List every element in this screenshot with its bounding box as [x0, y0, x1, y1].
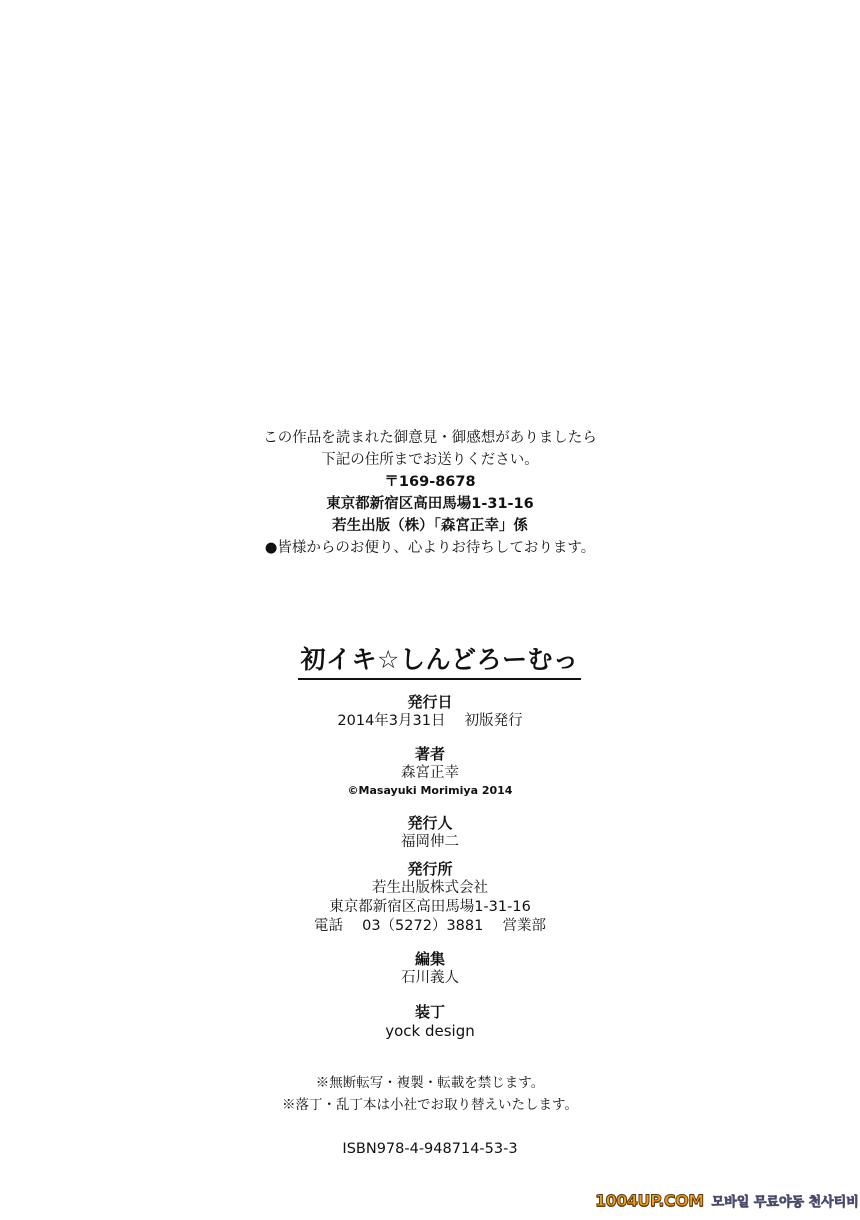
book-title: 初イキ☆しんどろーむっ — [301, 645, 579, 674]
title-underline — [298, 678, 581, 680]
mail-recipient: 若生出版（株）「森宮正幸」係 — [0, 515, 860, 537]
postal-code: 〒169-8678 — [0, 471, 860, 493]
section-publisher: 発行所 若生出版株式会社 東京都新宿区高田馬場1-31-16 電話 03（527… — [0, 860, 860, 936]
editor-value: 石川義人 — [0, 969, 860, 988]
author-copyright: ©Masayuki Morimiya 2014 — [0, 783, 860, 799]
publisher-person-value: 福岡伸二 — [0, 833, 860, 852]
publish-date-value: 2014年3月31日 初版発行 — [0, 712, 860, 731]
section-design: 装丁 yock design — [0, 1003, 860, 1041]
watermark-tagline: 모바일 무료야동 천사티비 — [712, 1191, 859, 1210]
publisher-address: 東京都新宿区高田馬場1-31-16 — [0, 898, 860, 917]
colophon-page: この作品を読まれた御意見・御感想がありましたら 下記の住所までお送りください。 … — [0, 0, 860, 1220]
site-watermark: 1004UP.COM 모바일 무료야동 천사티비 — [595, 1189, 859, 1211]
publisher-phone: 電話 03（5272）3881 営業部 — [0, 917, 860, 936]
section-editor: 編集 石川義人 — [0, 950, 860, 988]
section-author: 著者 森宮正幸 ©Masayuki Morimiya 2014 — [0, 745, 860, 799]
watermark-logo: 1004UP.COM — [595, 1191, 704, 1210]
isbn-number: ISBN978-4-948714-53-3 — [0, 1139, 860, 1159]
publish-date-label: 発行日 — [0, 693, 860, 712]
author-value: 森宮正幸 — [0, 764, 860, 783]
notice-replacement: ※落丁・乱丁本は小社でお取り替えいたします。 — [0, 1094, 860, 1116]
editor-label: 編集 — [0, 950, 860, 969]
publisher-company: 若生出版株式会社 — [0, 879, 860, 898]
reader-letter-block: この作品を読まれた御意見・御感想がありましたら 下記の住所までお送りください。 … — [0, 427, 860, 559]
copyright-notices: ※無断転写・複製・転載を禁じます。 ※落丁・乱丁本は小社でお取り替えいたします。 — [0, 1072, 860, 1116]
reader-letter-line-2: 下記の住所までお送りください。 — [0, 449, 860, 471]
publisher-label: 発行所 — [0, 860, 860, 879]
author-label: 著者 — [0, 745, 860, 764]
design-label: 装丁 — [0, 1003, 860, 1022]
notice-no-reproduction: ※無断転写・複製・転載を禁じます。 — [0, 1072, 860, 1094]
reader-letter-line-1: この作品を読まれた御意見・御感想がありましたら — [0, 427, 860, 449]
section-publish-date: 発行日 2014年3月31日 初版発行 — [0, 693, 860, 731]
mail-address: 東京都新宿区高田馬場1-31-16 — [0, 493, 860, 515]
book-title-block: 初イキ☆しんどろーむっ — [298, 645, 581, 675]
section-publisher-person: 発行人 福岡伸二 — [0, 814, 860, 852]
publisher-person-label: 発行人 — [0, 814, 860, 833]
reader-letter-closing: ●皆様からのお便り、心よりお待ちしております。 — [0, 537, 860, 559]
design-value: yock design — [0, 1022, 860, 1041]
isbn-block: ISBN978-4-948714-53-3 — [0, 1139, 860, 1159]
